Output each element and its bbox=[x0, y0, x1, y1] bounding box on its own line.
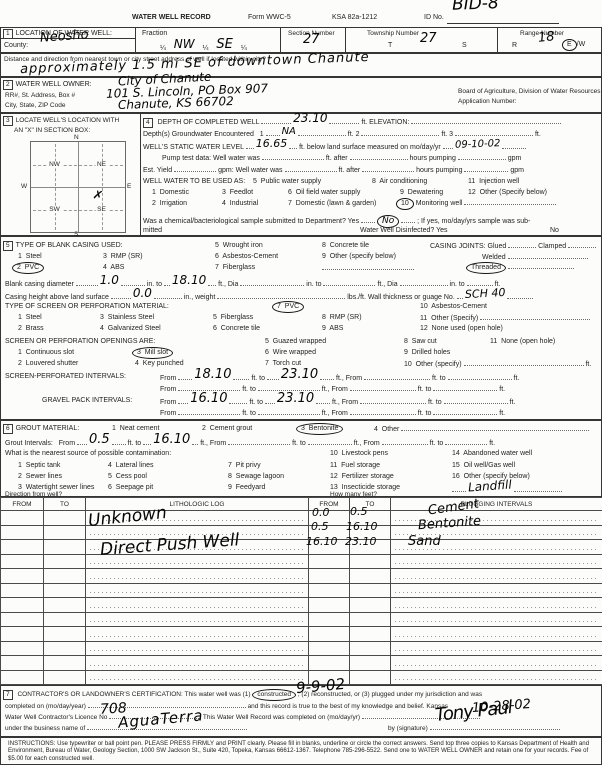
table-cell bbox=[391, 569, 602, 584]
gw1-handwritten: NA bbox=[282, 126, 296, 137]
diameter-handwritten: 1.0 bbox=[100, 273, 119, 287]
dotted-line bbox=[362, 165, 414, 172]
quadrant-sw: SW bbox=[47, 206, 61, 213]
dotted-line bbox=[364, 373, 430, 380]
ft-to-label: ft. to bbox=[418, 386, 432, 393]
dotted-line bbox=[464, 165, 508, 172]
divider bbox=[345, 27, 346, 53]
licence-label: Water Well Contractor's Licence No bbox=[5, 714, 107, 721]
plug-from-handwritten: 16.10 bbox=[306, 537, 338, 547]
dotted-line bbox=[258, 384, 320, 391]
casing-pvc-circled: 2 PVC bbox=[12, 262, 44, 274]
pump-test-label: Pump test data: Well water was bbox=[162, 155, 260, 162]
disinfected-no: No bbox=[550, 226, 559, 235]
landfill-handwritten: Landfill bbox=[468, 479, 512, 492]
use-option: 11 Injection well bbox=[468, 177, 519, 186]
certification-line-3: Water Well Contractor's Licence No This … bbox=[5, 712, 480, 722]
screen-option: 2 Brass bbox=[18, 324, 44, 333]
table-cell bbox=[350, 641, 391, 656]
litho-log1-handwritten: Unknown bbox=[88, 508, 168, 526]
from-label: From bbox=[160, 386, 176, 393]
owner-address-label: RR#, St. Address, Box # bbox=[5, 91, 75, 100]
dotted-line bbox=[233, 373, 249, 380]
table-cell bbox=[1, 569, 44, 584]
ft-to-label: ft. to bbox=[428, 399, 442, 406]
table-cell bbox=[86, 656, 309, 671]
ft-dia-label: ft., Dia bbox=[218, 281, 238, 288]
chemical-sample-line: Was a chemical/bacteriological sample su… bbox=[143, 215, 530, 228]
table-cell bbox=[309, 627, 350, 642]
casing-title: TYPE OF BLANK CASING USED: bbox=[16, 242, 123, 249]
use-option: 1 Domestic bbox=[152, 188, 189, 197]
table-cell bbox=[391, 670, 602, 685]
ft-label: ft. bbox=[510, 399, 516, 406]
business-name-label: under the business name of bbox=[5, 725, 85, 732]
table-cell bbox=[309, 569, 350, 584]
dotted-line bbox=[229, 397, 247, 404]
owner-city-label: City, State, ZIP Code bbox=[5, 101, 65, 110]
dotted-line bbox=[411, 117, 561, 124]
gauge-handwritten: SCH 40 bbox=[464, 288, 505, 300]
swl-label: WELL'S STATIC WATER LEVEL bbox=[143, 144, 244, 151]
dotted-line bbox=[480, 313, 590, 320]
gw-2: ft. 2 bbox=[348, 131, 360, 138]
table-cell bbox=[44, 525, 86, 540]
from-label: From bbox=[160, 410, 176, 417]
table-cell bbox=[86, 641, 309, 656]
use-option: 2 Irrigation bbox=[152, 199, 187, 208]
dotted-line bbox=[382, 438, 428, 445]
joints-clamped: Clamped bbox=[538, 243, 566, 250]
table-cell bbox=[350, 627, 391, 642]
contamination-option: 5 Cess pool bbox=[108, 472, 147, 481]
openings-title: SCREEN OR PERFORATION OPENINGS ARE: bbox=[5, 337, 155, 346]
gpi-label: GRAVEL PACK INTERVALS: bbox=[42, 396, 132, 405]
ft-label: ft. bbox=[585, 361, 591, 368]
plug-from-handwritten: 0.0 bbox=[312, 508, 330, 518]
dotted-line bbox=[457, 292, 463, 299]
certification-line-1: 7 CONTRACTOR'S OR LANDOWNER'S CERTIFICAT… bbox=[3, 689, 482, 701]
use-option: 9 Dewatering bbox=[400, 188, 443, 197]
table-cell bbox=[1, 612, 44, 627]
dotted-line bbox=[360, 397, 426, 404]
screen-option: 12 None used (open hole) bbox=[420, 324, 503, 333]
from-label: From bbox=[59, 440, 75, 447]
dotted-line bbox=[289, 142, 297, 149]
joints-threaded-line: Threaded bbox=[466, 262, 574, 274]
table-cell bbox=[309, 554, 350, 569]
completed-on-label: completed on (mo/day/year) bbox=[5, 703, 86, 710]
groundwater-label: Depth(s) Groundwater Encountered bbox=[143, 131, 254, 138]
table-cell bbox=[1, 540, 44, 555]
opening-option: 8 Saw cut bbox=[404, 337, 437, 346]
contamination-option: 1 Septic tank bbox=[18, 461, 60, 470]
ft-to-label: ft. to bbox=[430, 440, 444, 447]
dotted-line bbox=[308, 438, 352, 445]
township-handwritten: 27 bbox=[420, 34, 437, 44]
dotted-line bbox=[444, 397, 508, 404]
table-cell bbox=[391, 627, 602, 642]
from-label: From bbox=[160, 399, 176, 406]
table-cell bbox=[350, 554, 391, 569]
contamination-option: 10 Livestock pens bbox=[330, 449, 388, 458]
table-cell bbox=[309, 598, 350, 613]
box-number-3: 3 bbox=[3, 116, 13, 126]
ft-label: ft. bbox=[489, 440, 495, 447]
table-row bbox=[1, 656, 602, 671]
diameter-depth-handwritten: 18.10 bbox=[172, 273, 206, 287]
use-option: 12 Other (Specify below) bbox=[468, 188, 547, 197]
grout-from-handwritten: 0.5 bbox=[89, 432, 110, 447]
fraction-line: ¼ NW ¼ SE ¼ bbox=[160, 41, 247, 53]
dotted-line bbox=[246, 142, 254, 149]
contamination-option: 4 Lateral lines bbox=[108, 461, 154, 470]
ft-to-label: ft. to bbox=[418, 410, 432, 417]
joints-threaded-circled: Threaded bbox=[466, 262, 506, 274]
range-w: /W bbox=[577, 41, 586, 48]
use-option: 4 Industrial bbox=[222, 199, 258, 208]
dotted-line bbox=[452, 485, 466, 492]
depth-completed-line: 4 DEPTH OF COMPLETED WELL 23.10 ft. ELEV… bbox=[143, 115, 561, 128]
dotted-line bbox=[316, 397, 330, 404]
dotted-line bbox=[401, 216, 415, 223]
spi-to-handwritten: 23.10 bbox=[281, 367, 318, 382]
instructions-block: INSTRUCTIONS: Use typewriter or ball poi… bbox=[0, 737, 602, 765]
dotted-line bbox=[266, 129, 280, 136]
ft-label: ft. bbox=[535, 131, 541, 138]
locate-title-line1: 3LOCATE WELL'S LOCATION WITH bbox=[3, 116, 119, 126]
ft-to-label: ft. to bbox=[249, 399, 263, 406]
dotted-line bbox=[111, 292, 131, 299]
depth-completed-handwritten: 23.10 bbox=[293, 111, 327, 125]
table-row bbox=[1, 583, 602, 598]
dotted-line bbox=[258, 408, 320, 415]
gpi-line-2: From ft. to ft., From ft. to ft. bbox=[160, 408, 505, 418]
est-yield-line: Est. Yield gpm: Well water was ft. after… bbox=[143, 165, 524, 175]
table-cell bbox=[1, 627, 44, 642]
height-label: Casing height above land surface bbox=[5, 294, 109, 301]
box-number-2: 2 bbox=[3, 80, 13, 90]
grout-intervals-line: Grout Intervals: From 0.5 ft. to 16.10 f… bbox=[5, 437, 495, 448]
pumping-label: hours pumping bbox=[410, 155, 456, 162]
joints-welded-line: Welded bbox=[482, 252, 588, 262]
col-plugging-intervals: PLUGGING INTERVALS bbox=[391, 498, 602, 511]
table-row bbox=[1, 598, 602, 613]
grout-option: 2 Cement grout bbox=[202, 424, 252, 433]
screen-option: 3 Stainless Steel bbox=[100, 313, 154, 322]
table-cell bbox=[86, 612, 309, 627]
completed-date-handwritten: 9-9-02 bbox=[296, 679, 346, 693]
table-cell bbox=[309, 583, 350, 598]
business-name-handwritten: AguaTerra bbox=[118, 710, 204, 727]
opening-other-line: 10 Other (specify) ft. bbox=[404, 359, 591, 369]
dotted-line bbox=[350, 408, 416, 415]
grout-title-line: 6GROUT MATERIAL: bbox=[3, 424, 79, 434]
township-number-label: Township Number bbox=[367, 29, 419, 38]
dotted-line bbox=[240, 279, 304, 286]
dotted-line bbox=[329, 117, 359, 124]
groundwater-line: Depth(s) Groundwater Encountered 1 NA ft… bbox=[143, 129, 541, 139]
signature-handwritten: Tony Paul bbox=[435, 703, 512, 721]
plug-to-handwritten: 16.10 bbox=[346, 522, 378, 532]
screen-option: 1 Steel bbox=[18, 313, 42, 322]
dotted-line bbox=[208, 279, 216, 286]
certification-text-1: CONTRACTOR'S OR LANDOWNER'S CERTIFICATIO… bbox=[17, 691, 250, 698]
casing-joints-line: CASING JOINTS: Glued Clamped bbox=[430, 241, 596, 251]
id-value-handwritten: BID-8 bbox=[452, 0, 499, 10]
ft-label: ft. bbox=[514, 375, 520, 382]
box-number-6: 6 bbox=[3, 424, 13, 434]
fraction-b-handwritten: SE bbox=[216, 37, 232, 52]
quadrant-nw: NW bbox=[47, 161, 62, 168]
table-cell bbox=[1, 525, 44, 540]
divider bbox=[140, 113, 141, 236]
dotted-line bbox=[455, 129, 533, 136]
section-number-handwritten: 27 bbox=[303, 35, 320, 45]
contamination-option: 2 Sewer lines bbox=[18, 472, 62, 481]
disinfected-label: Water Well Disinfected? Yes bbox=[360, 226, 448, 235]
screen-material-title: TYPE OF SCREEN OR PERFORATION MATERIAL: bbox=[5, 302, 169, 311]
grout-intervals-label: Grout Intervals: bbox=[5, 440, 53, 447]
dotted-line bbox=[77, 438, 87, 445]
owner-title: WATER WELL OWNER: bbox=[16, 81, 92, 88]
dotted-line bbox=[361, 216, 375, 223]
ft-from-label: ft., From bbox=[332, 399, 358, 406]
table-cell bbox=[86, 627, 309, 642]
ft-from-label: ft., From bbox=[354, 440, 380, 447]
use-option: 6 Oil field water supply bbox=[288, 188, 360, 197]
dotted-line bbox=[350, 384, 416, 391]
form-title: WATER WELL RECORD bbox=[132, 13, 211, 22]
col-to: TO bbox=[44, 498, 86, 511]
dotted-line bbox=[192, 438, 198, 445]
table-cell bbox=[44, 511, 86, 526]
dotted-line bbox=[508, 241, 536, 248]
dotted-line bbox=[164, 279, 170, 286]
table-cell bbox=[350, 656, 391, 671]
table-cell bbox=[1, 583, 44, 598]
dotted-line bbox=[448, 373, 512, 380]
range-ew: E/W bbox=[562, 39, 585, 51]
plug-material-handwritten: Sand bbox=[408, 537, 441, 547]
dotted-line bbox=[361, 129, 439, 136]
table-cell bbox=[391, 598, 602, 613]
dotted-line bbox=[261, 117, 291, 124]
dotted-line bbox=[143, 438, 151, 445]
divider bbox=[135, 27, 136, 53]
dotted-line bbox=[433, 384, 497, 391]
dotted-line bbox=[217, 292, 345, 299]
well-x-mark-handwritten: ✗ bbox=[92, 189, 104, 201]
ft-dia-label: ft., Dia bbox=[377, 281, 397, 288]
screen-option: 8 RMP (SR) bbox=[322, 313, 362, 322]
dotted-line bbox=[76, 279, 98, 286]
table-cell bbox=[44, 656, 86, 671]
table-cell bbox=[86, 670, 309, 685]
dotted-line bbox=[458, 153, 506, 160]
opening-option: 4 Key punched bbox=[135, 359, 184, 368]
est-yield-label: Est. Yield bbox=[143, 167, 172, 174]
range-e-circled: E bbox=[562, 39, 577, 51]
table-cell bbox=[350, 612, 391, 627]
owner-title-line: 2WATER WELL OWNER: bbox=[3, 80, 92, 90]
table-cell bbox=[391, 583, 602, 598]
casing-option: 3 RMP (SR) bbox=[103, 252, 143, 261]
table-cell bbox=[391, 641, 602, 656]
section-location-square: NW NE SW SE bbox=[30, 141, 126, 233]
gpi-from-handwritten: 16.10 bbox=[190, 391, 227, 406]
use-option: 5 Public water supply bbox=[253, 177, 321, 186]
table-cell bbox=[44, 598, 86, 613]
in-to-label: in. to bbox=[306, 281, 321, 288]
screen-option: 9 ABS bbox=[322, 324, 343, 333]
in-to-label: in. to bbox=[450, 281, 465, 288]
after-label: ft. after bbox=[338, 167, 360, 174]
compass-e: E bbox=[127, 182, 131, 191]
yield-mid-label: gpm: Well water was bbox=[218, 167, 282, 174]
certification-text-3: and this record is true to the best of m… bbox=[248, 703, 449, 710]
county-value-handwritten: Neosho bbox=[40, 30, 89, 43]
table-cell bbox=[44, 627, 86, 642]
ksa-number: KSA 82a-1212 bbox=[332, 13, 377, 22]
height-handwritten: 0.0 bbox=[133, 286, 152, 300]
mill-slot-line: 3 Mill slot bbox=[132, 347, 173, 359]
diameter-label: Blank casing diameter bbox=[5, 281, 74, 288]
contamination-option: 6 Seepage pit bbox=[108, 483, 153, 492]
table-cell bbox=[86, 583, 309, 598]
contamination-option: 12 Fertilizer storage bbox=[330, 472, 394, 481]
township-s: S bbox=[462, 41, 467, 50]
contamination-option: 7 Pit privy bbox=[228, 461, 261, 470]
by-signature-label: by (signature) bbox=[388, 725, 428, 732]
casing-option: 8 Concrete tile bbox=[322, 241, 369, 250]
opening-option: 11 None (open hole) bbox=[490, 337, 555, 346]
dotted-line bbox=[445, 438, 487, 445]
screen-option: 4 Galvanized Steel bbox=[100, 324, 161, 333]
record-completed-label: This Water Well Record was completed on … bbox=[203, 714, 360, 721]
id-underline bbox=[447, 23, 559, 24]
casing-option: 5 Wrought iron bbox=[215, 241, 263, 250]
dotted-line bbox=[322, 263, 414, 270]
id-label: ID No. bbox=[424, 13, 444, 22]
ft-label: ft. bbox=[499, 410, 505, 417]
screen-option: 6 Concrete tile bbox=[213, 324, 260, 333]
table-cell bbox=[350, 598, 391, 613]
ft-to-label: ft. to bbox=[242, 386, 256, 393]
bentonite-circled: 3 Bentonite bbox=[296, 423, 343, 435]
fraction-a-handwritten: NW bbox=[174, 37, 195, 51]
township-t: T bbox=[388, 41, 392, 50]
dotted-line bbox=[154, 292, 182, 299]
quadrant-ne: NE bbox=[95, 161, 108, 168]
plug-from-handwritten: 0.5 bbox=[311, 522, 329, 532]
grout-other-line: 4 Other bbox=[374, 424, 589, 434]
mitted-label: mitted bbox=[143, 226, 162, 235]
square-dashed-line bbox=[55, 144, 56, 230]
chemical-sample-question: Was a chemical/bacteriological sample su… bbox=[143, 218, 359, 225]
opening-option: 6 Wire wrapped bbox=[265, 348, 316, 357]
pumping-label: hours pumping bbox=[416, 167, 462, 174]
table-cell bbox=[44, 612, 86, 627]
casing-diameter-line: Blank casing diameter 1.0 in. to 18.10 f… bbox=[5, 277, 500, 289]
box-number-5: 5 bbox=[3, 241, 13, 251]
grout-to-handwritten: 16.10 bbox=[153, 432, 190, 447]
table-cell bbox=[44, 670, 86, 685]
gpi-to-handwritten: 23.10 bbox=[277, 391, 314, 406]
use-option: 8 Air conditioning bbox=[372, 177, 427, 186]
contamination-option: 11 Fuel storage bbox=[330, 461, 380, 470]
range-r: R bbox=[512, 41, 517, 50]
box-number-1: 1 bbox=[3, 29, 13, 39]
dotted-line bbox=[443, 142, 453, 149]
casing-title-line: 5TYPE OF BLANK CASING USED: bbox=[3, 241, 123, 251]
table-cell bbox=[44, 554, 86, 569]
quarter-symbol: ¼ bbox=[203, 45, 209, 52]
table-row bbox=[1, 569, 602, 584]
weight-label: in., weight bbox=[184, 294, 216, 301]
dotted-line bbox=[507, 292, 533, 299]
plug-to-handwritten: 23.10 bbox=[345, 537, 377, 547]
dotted-line bbox=[508, 262, 574, 269]
dotted-line bbox=[508, 252, 588, 259]
bentonite-line: 3 Bentonite bbox=[296, 423, 343, 435]
mill-slot-circled: 3 Mill slot bbox=[132, 347, 173, 359]
dotted-line bbox=[285, 165, 337, 172]
table-header-row: FROM TO LITHOLOGIC LOG FROM TO PLUGGING … bbox=[1, 498, 602, 511]
contamination-option: 9 Feedyard bbox=[228, 483, 265, 492]
joints-glued-label: CASING JOINTS: Glued bbox=[430, 243, 506, 250]
static-water-level-line: WELL'S STATIC WATER LEVEL 16.65 ft. belo… bbox=[143, 141, 526, 152]
plug-material-handwritten: Bentonite bbox=[418, 517, 482, 531]
dotted-line bbox=[267, 373, 279, 380]
contamination-question: What is the nearest source of possible c… bbox=[5, 449, 171, 458]
divider bbox=[497, 27, 498, 53]
spi-from-handwritten: 18.10 bbox=[194, 367, 231, 382]
dotted-line bbox=[350, 153, 408, 160]
table-cell bbox=[1, 670, 44, 685]
ft-to-label: ft. to bbox=[242, 410, 256, 417]
dotted-line bbox=[265, 397, 275, 404]
gpm-label: gpm bbox=[508, 155, 522, 162]
wall-label: lbs./ft. Wall thickness or guage No. bbox=[347, 294, 455, 301]
pump-test-line: Pump test data: Well water was ft. after… bbox=[162, 153, 521, 163]
quadrant-se: SE bbox=[95, 206, 108, 213]
table-row bbox=[1, 612, 602, 627]
dotted-line bbox=[262, 153, 324, 160]
gw-3: ft. 3 bbox=[441, 131, 453, 138]
casing-option: 9 Other (specify below) bbox=[322, 252, 396, 261]
monitoring-well-line: 10 Monitoring well bbox=[396, 198, 556, 210]
table-cell bbox=[309, 612, 350, 627]
after-label: ft. after bbox=[326, 155, 348, 162]
application-number-label: Application Number: bbox=[458, 97, 517, 106]
table-cell bbox=[391, 656, 602, 671]
box-number-4: 4 bbox=[143, 118, 153, 128]
dotted-line bbox=[228, 438, 290, 445]
casing-option: 6 Asbestos-Cement bbox=[215, 252, 278, 261]
ft-to-label: ft. to bbox=[292, 440, 306, 447]
casing-option: 7 Fiberglass bbox=[215, 263, 255, 272]
screen-pvc-circled: 7 PVC bbox=[272, 301, 304, 313]
grout-title: GROUT MATERIAL: bbox=[16, 425, 80, 432]
gpm-label: gpm bbox=[510, 167, 524, 174]
locate-title-1: LOCATE WELL'S LOCATION WITH bbox=[16, 117, 120, 124]
ft-to-label: ft. to bbox=[128, 440, 142, 447]
swl-date-handwritten: 09-10-02 bbox=[454, 139, 500, 151]
opening-option: 1 Continuous slot bbox=[18, 348, 74, 357]
table-cell bbox=[391, 554, 602, 569]
contamination-option: 14 Abandoned water well bbox=[452, 449, 532, 458]
